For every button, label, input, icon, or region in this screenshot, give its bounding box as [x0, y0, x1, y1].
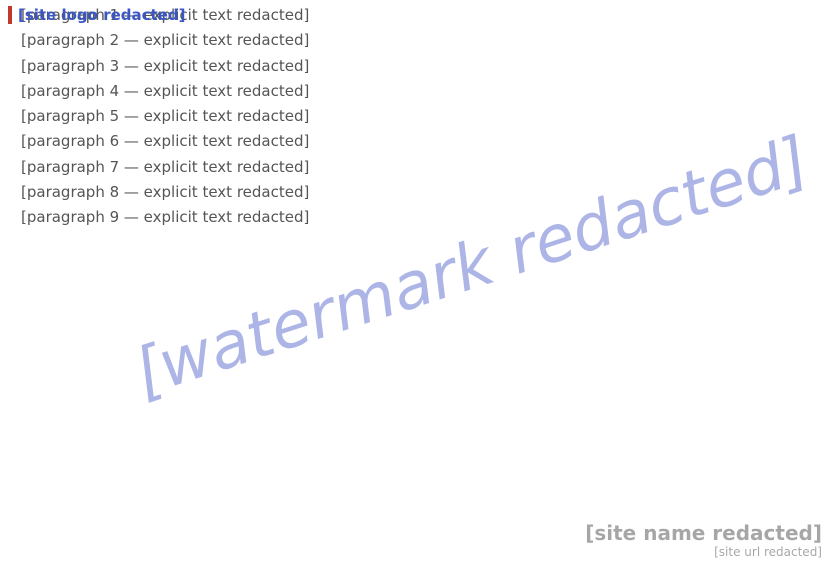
- story-paragraph: [paragraph 2 — explicit text redacted]: [6, 29, 826, 52]
- story-paragraph: [paragraph 8 — explicit text redacted]: [6, 181, 826, 204]
- site-logo: [site logo redacted]: [8, 6, 185, 24]
- story-paragraph: [paragraph 3 — explicit text redacted]: [6, 55, 826, 78]
- story-paragraph: [paragraph 9 — explicit text redacted]: [6, 206, 826, 229]
- corner-watermark-url: [site url redacted]: [585, 545, 822, 559]
- corner-watermark-title: [site name redacted]: [585, 521, 822, 545]
- story-paragraph: [paragraph 6 — explicit text redacted]: [6, 130, 826, 153]
- story-body: [paragraph 1 — explicit text redacted][p…: [6, 4, 826, 231]
- corner-watermark: [site name redacted] [site url redacted]: [585, 521, 822, 559]
- story-paragraph: [paragraph 4 — explicit text redacted]: [6, 80, 826, 103]
- story-paragraph: [paragraph 7 — explicit text redacted]: [6, 156, 826, 179]
- story-paragraph: [paragraph 5 — explicit text redacted]: [6, 105, 826, 128]
